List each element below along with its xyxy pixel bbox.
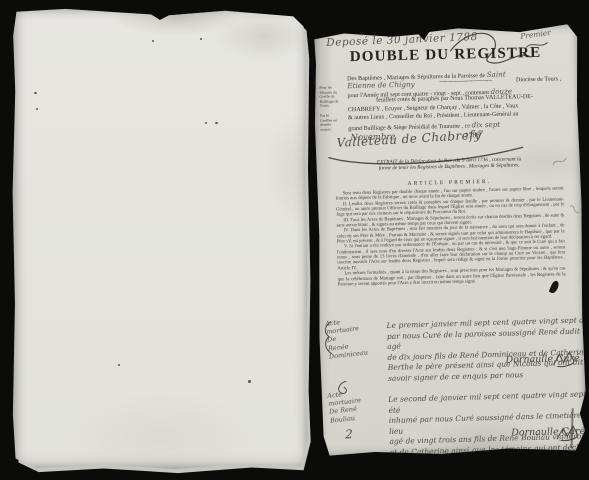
margin-print-note-top: Pour les Minutes du Greffe du Bailliage … [319,85,350,109]
paper-speck [205,122,207,124]
paper-speck [215,122,218,124]
entry1-paraph [551,350,577,369]
paper-speck [118,364,120,366]
paper-speck [36,108,38,110]
margin-print-note-bottom: Par le Greffier en dernier ressort. [320,113,350,132]
margin-squiggle [551,154,569,168]
entry2-paraph [555,424,581,443]
paper-speck [152,40,154,42]
margin-squiggle [568,202,582,216]
printed-form-block: Des Baptêmes , Mariages & Sépultures de … [347,68,561,73]
entry2-margin-number: 2 [345,427,353,441]
paper-speck [200,38,202,40]
paper-speck [248,380,251,383]
paper-speck [34,92,37,94]
entry2-margin-note: Acte mortuaire De René Bouliau [327,387,378,425]
entry1-margin-note: Acte mortuaire De Renée Dominiceau [325,315,377,361]
left-blank-page [12,8,308,470]
register-scan: Deposé le 30 janvier 1788 Premier DOUBLE… [0,0,589,480]
extrait-paragraphs: Sera tenu deux Registres par double chaq… [336,186,566,287]
right-printed-page: Deposé le 30 janvier 1788 Premier DOUBLE… [312,24,588,458]
